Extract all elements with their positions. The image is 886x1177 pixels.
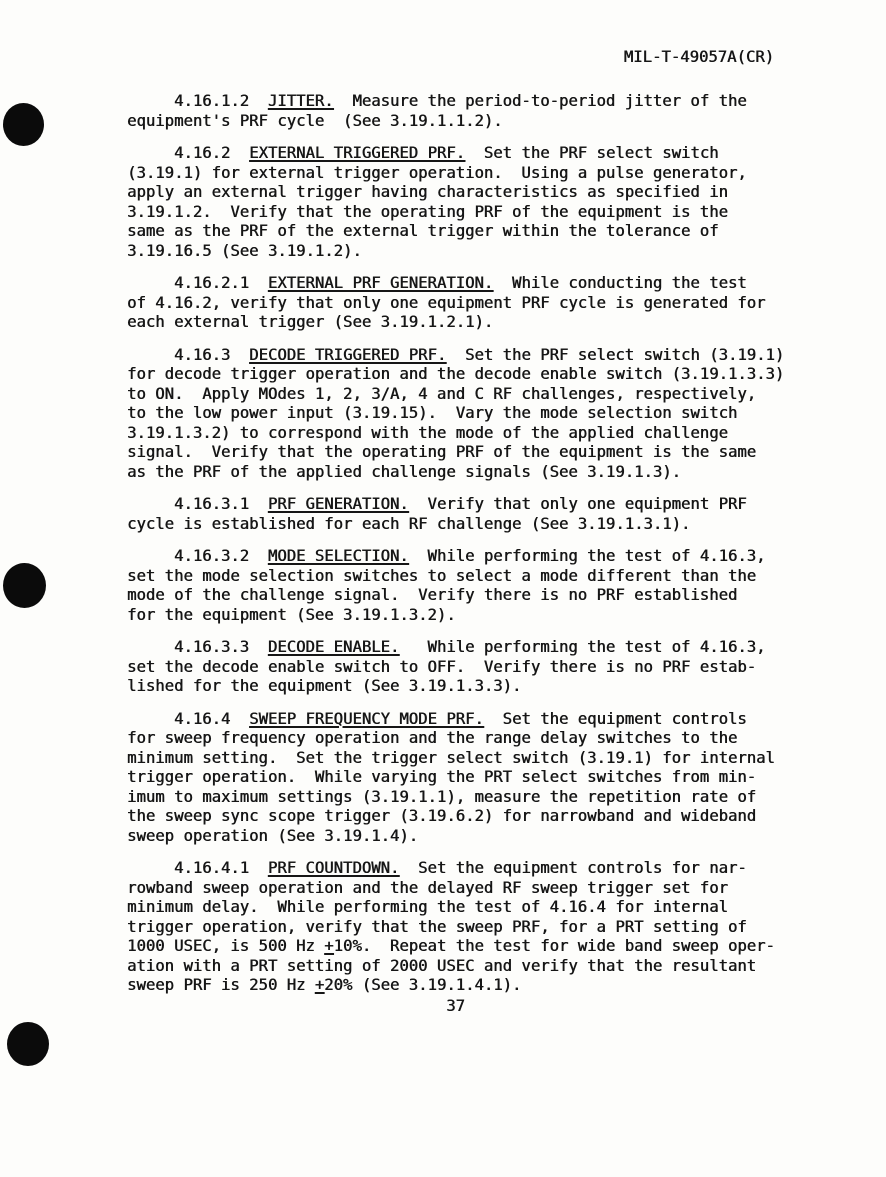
- punch-hole-icon: [3, 563, 46, 608]
- paragraph: 4.16.2.1 EXTERNAL PRF GENERATION. While …: [127, 274, 827, 333]
- underlined-text: JITTER.: [268, 92, 334, 110]
- underlined-text: EXTERNAL TRIGGERED PRF.: [249, 144, 465, 162]
- paragraph: 4.16.4 SWEEP FREQUENCY MODE PRF. Set the…: [127, 710, 827, 847]
- underlined-text: +: [324, 937, 333, 955]
- underlined-text: SWEEP FREQUENCY MODE PRF.: [249, 710, 484, 728]
- underlined-text: +: [315, 976, 324, 994]
- paragraph: 4.16.3 DECODE TRIGGERED PRF. Set the PRF…: [127, 346, 827, 483]
- paragraph: 4.16.3.3 DECODE ENABLE. While performing…: [127, 638, 827, 697]
- underlined-text: MODE SELECTION.: [268, 547, 409, 565]
- underlined-text: DECODE ENABLE.: [268, 638, 399, 656]
- paragraph: 4.16.4.1 PRF COUNTDOWN. Set the equipmen…: [127, 859, 827, 996]
- underlined-text: DECODE TRIGGERED PRF.: [249, 346, 446, 364]
- document-page: MIL-T-49057A(CR) 4.16.1.2 JITTER. Measur…: [0, 0, 886, 1177]
- document-number-header: MIL-T-49057A(CR): [0, 48, 774, 67]
- underlined-text: EXTERNAL PRF GENERATION.: [268, 274, 493, 292]
- punch-hole-icon: [3, 103, 44, 146]
- paragraph: 4.16.3.2 MODE SELECTION. While performin…: [127, 547, 827, 625]
- paragraph: 4.16.1.2 JITTER. Measure the period-to-p…: [127, 92, 827, 131]
- paragraph: 4.16.3.1 PRF GENERATION. Verify that onl…: [127, 495, 827, 534]
- underlined-text: PRF COUNTDOWN.: [268, 859, 399, 877]
- paragraph: 4.16.2 EXTERNAL TRIGGERED PRF. Set the P…: [127, 144, 827, 261]
- page-number: 37: [127, 997, 784, 1017]
- document-body: 4.16.1.2 JITTER. Measure the period-to-p…: [127, 92, 827, 996]
- underlined-text: PRF GENERATION.: [268, 495, 409, 513]
- punch-hole-icon: [7, 1022, 49, 1066]
